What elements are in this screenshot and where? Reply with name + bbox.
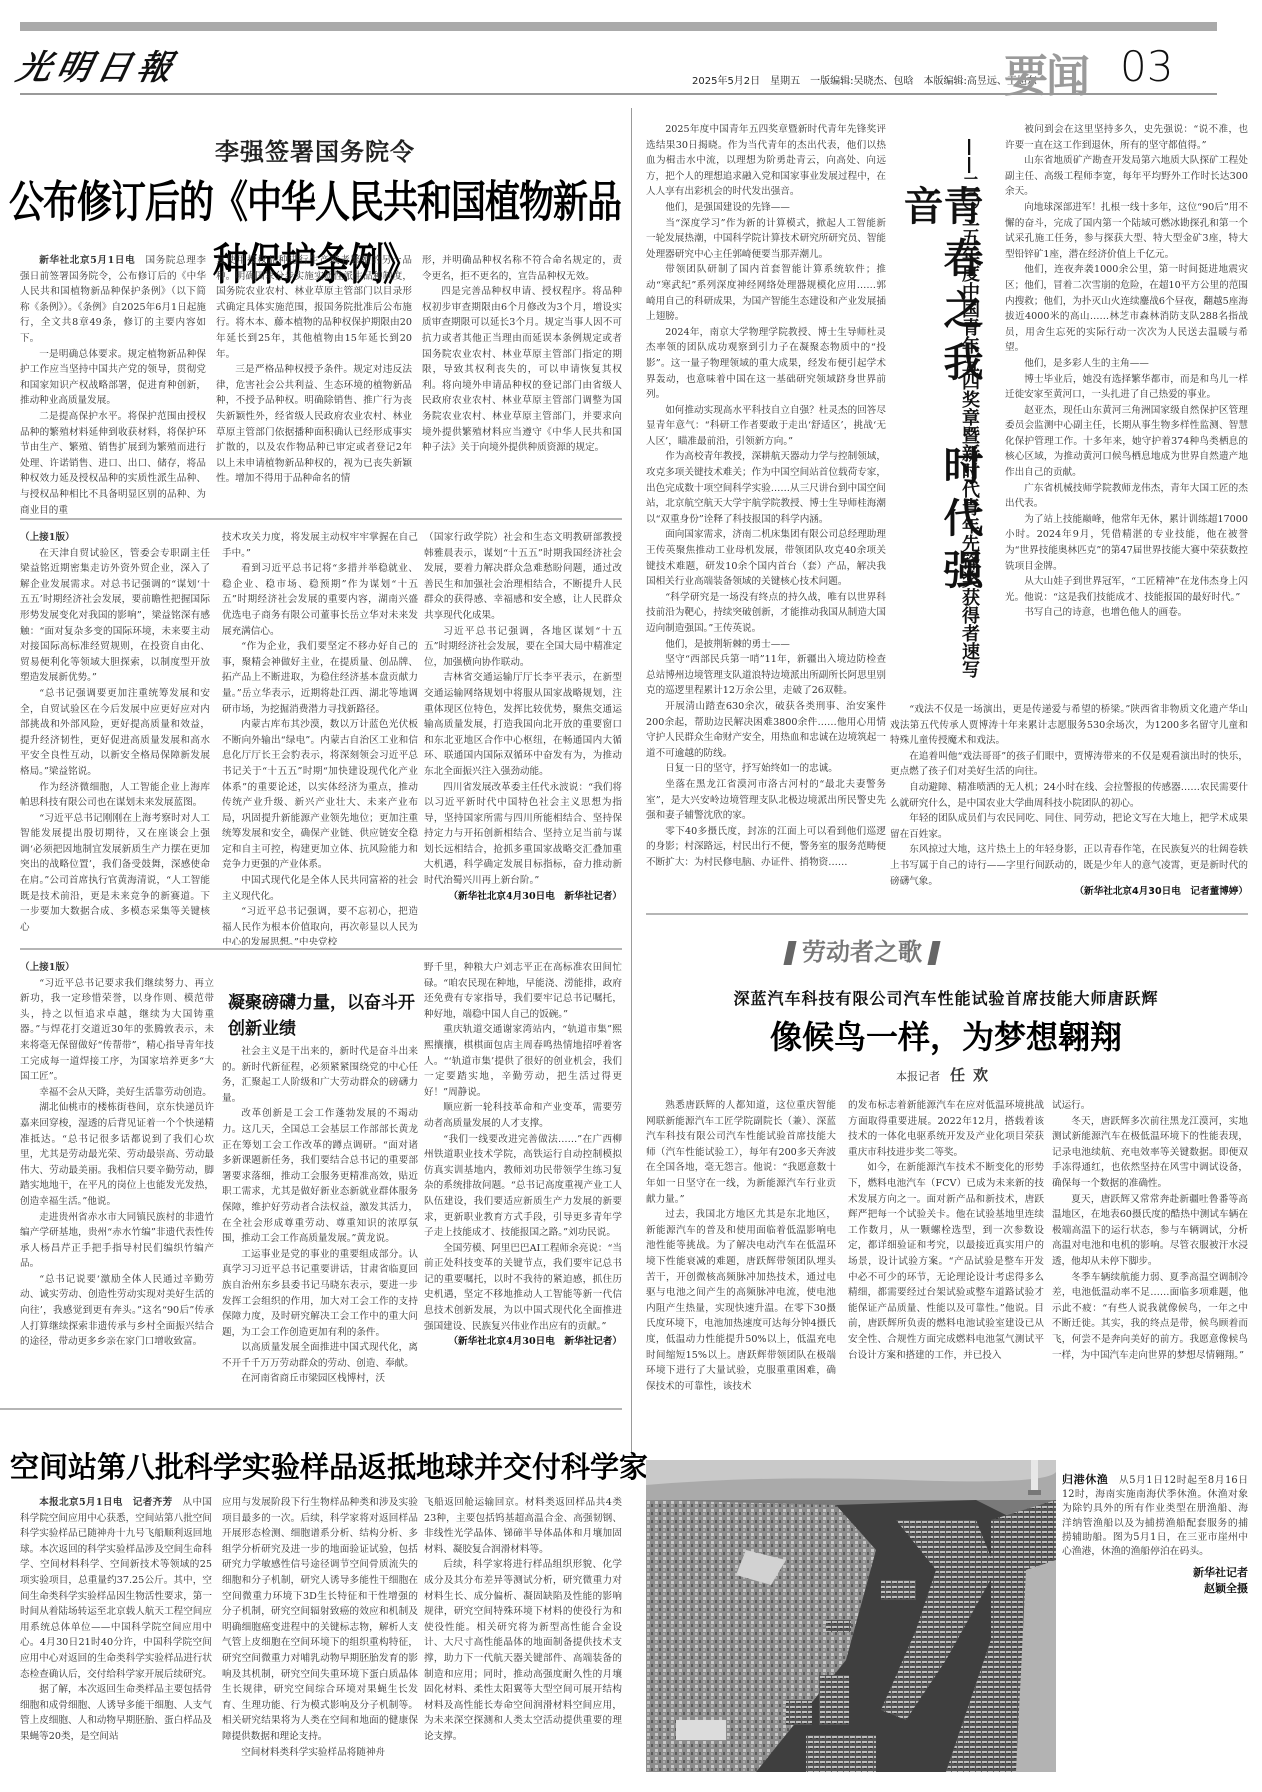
article3-paragraph: 自动避障、精准喷洒的无人机；24小时在线、会拉警报的传感器……农民需要什么就研究… (890, 780, 1248, 811)
article3-paragraph: 如何推动实现高水平科技自立自强？杜灵杰的回答尽显青年意气：“科研工作者要敢于走出… (646, 403, 886, 450)
article2-paragraph: “习近平总书记强调，要不忘初心，把造福人民作为根本价值取向，再次彰显以人民为中心… (222, 904, 418, 945)
fishing-port-photo[interactable] (646, 1460, 1056, 1772)
masthead-rule (20, 93, 1217, 95)
article2-paragraph: 技术攻关力度，将发展主动权牢牢掌握在自己手中。” (222, 530, 418, 561)
article6-column-1: 本报北京5月1日电 记者齐芳 从中国科学院空间应用中心获悉，空间站第八批空间科学… (20, 1495, 212, 1785)
article1-column-3: 形，并明确品种权名称不符合命名规定的，责令更名，拒不更名的，宣告品种权无效。 四… (422, 253, 622, 523)
article-divider (646, 913, 1248, 915)
article2-signoff: （新华社北京4月30日电 新华社记者） (424, 889, 622, 905)
article4-column-3: 野千里，种粮大户刘志平正在高标准农田间忙碌。“咱农民现在种地，早能浇、涝能排，政… (424, 960, 622, 1430)
photo-caption: 归港休渔 从5月1日12时起至8月16日12时，海南实施南海伏季休渔。休渔对象为… (1062, 1473, 1248, 1597)
article1-column-2: 复使用授权品种进行生产或者繁殖的另一品种。明确国家分步实施实质性派生品种制度，国… (216, 253, 412, 523)
article6-paragraph: 空间材料类科学实验样品将随神舟 (222, 1745, 418, 1761)
article3-paragraph: 书写自己的诗意，也增色他人的画卷。 (1005, 605, 1248, 621)
caption-title: 归港休渔 (1062, 1473, 1108, 1486)
article5-paragraph: 冬天，唐跃辉多次前往黑龙江漠河，实地测试新能源汽车在极低温环境下的性能表现，记录… (1052, 1114, 1248, 1192)
article5-paragraph: 熟悉唐跃辉的人都知道，这位重庆智能网联新能源汽车工匠学院副院长（兼）、深蓝汽车科… (646, 1098, 836, 1207)
article2-column-2: 技术攻关力度，将发展主动权牢牢掌握在自己手中。” 看到习近平总书记将“多措并举稳… (222, 530, 418, 945)
article4-column-1: （上接1版） “习近平总书记要求我们继续努力、再立新功，我一定珍惜荣誉，以身作则… (20, 960, 214, 1430)
article5-paragraph: 冬季车辆续航能力弱、夏季高温空调制冷差，电池低温动率不足……面临多项难题，他示此… (1052, 1270, 1248, 1364)
dateline: 2025年5月2日 星期五 一版编辑:吴晓杰、包晗 本版编辑:高昱远、王旭东 (692, 72, 1037, 87)
newspaper-logo: 光明日報 (13, 40, 183, 89)
article3-paragraph: 坐落在黑龙江省漠河市洛古河村的“最北夫妻警务室”，是大兴安岭边境管理支队北极边境… (646, 777, 886, 824)
photo-credit-name: 赵颖全摄 (1062, 1581, 1248, 1597)
caption-text: 从5月1日12时起至8月16日12时，海南实施南海伏季休渔。休渔对象为除钓具外的… (1062, 1475, 1248, 1557)
article2-paragraph: 吉林省交通运输厅厅长李平表示，在新型交通运输网络规划中将服从国家战略规划，注重体… (424, 670, 622, 779)
article2-paragraph: “习近平总书记刚刚在上海考察时对人工智能发展提出殷切期待，又在座谈会上强调‘必须… (20, 811, 210, 936)
article1-paragraph: 一是明确总体要求。规定植物新品种保护工作应当坚持中国共产党的领导，贯彻党和国家知… (20, 347, 206, 409)
article3-column-1: 2025年度中国青年五四奖章暨新时代青年先锋奖评选结果30日揭晓。作为当代青年的… (646, 122, 886, 878)
article5-paragraph: 夏天，唐跃辉又常常奔赴新疆吐鲁番等高温地区，在地表60摄氏度的酷热中测试车辆在极… (1052, 1192, 1248, 1270)
article6-paragraph: 应用与发展阶段下行生物样品种类和涉及实验项目最多的一次。后续，科学家将对返回样品… (222, 1495, 418, 1745)
article2-paragraph: 在天津自贸试验区，管委会专职副主任梁益铭近期密集走访外资外贸企业，深入了解企业发… (20, 546, 210, 686)
article3-paragraph: 赵亚杰，现任山东黄河三角洲国家级自然保护区管理委员会监测中心副主任，长期从事生物… (1005, 403, 1248, 481)
article3-paragraph: 博士毕业后，她没有选择繁华都市，而是和鸟儿一样迁徙安家至黄河口，一头扎进了自己热… (1005, 372, 1248, 403)
article4-paragraph: 野千里，种粮大户刘志平正在高标准农田间忙碌。“咱农民现在种地，早能浇、涝能排，政… (424, 960, 622, 1022)
article1-paragraph: 四是完善品种权申请、授权程序。将品种权初步审查期限由6个月修改为3个月，增设实质… (422, 284, 622, 456)
article3-column-2: 被问到会在这里坚持多久，史先强说：“说不准，也许要一直在这工作到退休，所有的坚守… (1005, 122, 1248, 702)
article4-paragraph: “习近平总书记要求我们继续努力、再立新功，我一定珍惜荣誉，以身作则、模范带头，持… (20, 976, 214, 1085)
article4-paragraph: 以高质量发展全面推进中国式现代化，离不开千千万万劳动群众的劳动、创造、奉献。 (222, 1340, 418, 1371)
continued-from-page1: （上接1版） (20, 530, 210, 546)
article6-text: 从中国科学院空间应用中心获悉，空间站第八批空间科学实验样品已随神舟十九号飞船顺利… (20, 1497, 212, 1680)
article3-paragraph: “科学研究是一场没有终点的持久战，唯有以世界科技前沿为靶心，持续突破创新，才能推… (646, 590, 886, 637)
article2-paragraph: “作为企业，我们要坚定不移办好自己的事，聚精会神做好主业，在提质量、创品牌、拓产… (222, 639, 418, 717)
article3-paragraph: 零下40多摄氏度，封冻的江面上可以看到他们巡逻的身影；村深路远，村民出行不便，警… (646, 824, 886, 871)
article6-column-2: 应用与发展阶段下行生物样品种类和涉及实验项目最多的一次。后续，科学家将对返回样品… (222, 1495, 418, 1785)
article2-paragraph: 看到习近平总书记将“多措并举稳就业、稳企业、稳市场、稳预期”作为谋划“十五五”时… (222, 561, 418, 639)
article1-kicker: 李强签署国务院令 (0, 132, 630, 167)
article4-paragraph: 顺应新一轮科技革命和产业变革，需要劳动者高质量发展的人才支撑。 (424, 1100, 622, 1131)
article6-paragraph: 飞船返回舱运输回京。材料类返回样品共4类23种，主要包括钨基超高温合金、高强韧钢… (424, 1495, 622, 1557)
article3-paragraph: 日复一日的坚守，抒写始终如一的忠诚。 (646, 761, 886, 777)
article4-paragraph: “总书记说要‘激励全体人民通过辛勤劳动、诚实劳动、创造性劳动实现对美好生活的向往… (20, 1272, 214, 1350)
photo-credit: 新华社记者 (1062, 1565, 1248, 1581)
article4-paragraph: 全国劳模、阿里巴巴AI工程师余亮说：“当前正处科技变革的关键节点，我们要牢记总书… (424, 1241, 622, 1335)
article4-paragraph: 幸福不会从天降，美好生活靠劳动创造。 (20, 1085, 214, 1101)
slash-decoration (927, 941, 940, 965)
article3-paragraph: 向地球深部进军！扎根一线十多年，这位“90后”用不懈的奋斗，完成了国内第一个陆域… (1005, 200, 1248, 262)
article5-column-3: 试运行。 冬天，唐跃辉多次前往黑龙江漠河，实地测试新能源汽车在极低温环境下的性能… (1052, 1098, 1248, 1443)
article3-section-lead: 他们，是多彩人生的主角—— (1005, 356, 1248, 372)
article5-column-1: 熟悉唐跃辉的人都知道，这位重庆智能网联新能源汽车工匠学院副院长（兼）、深蓝汽车科… (646, 1098, 836, 1443)
center-column-divider (631, 108, 632, 1458)
article5-kicker: 深蓝汽车科技有限公司汽车性能试验首席技能大师唐跃辉 (630, 986, 1262, 1009)
article4-paragraph: 改革创新是工会工作蓬勃发展的不竭动力。这几天，全国总工会基层工作部部长黄龙正在筹… (222, 1106, 418, 1246)
aerial-harbor-image (646, 1460, 1056, 1772)
article2-paragraph: 内蒙古库布其沙漠，数以万计蓝色光伏板不断向外输出“绿电”。内蒙古自治区工业和信息… (222, 717, 418, 873)
article1-paragraph: 复使用授权品种进行生产或者繁殖的另一品种。明确国家分步实施实质性派生品种制度，国… (216, 253, 412, 362)
page-number: 03 (1120, 42, 1173, 91)
article5-paragraph: 如今，在新能源汽车技术不断变化的形势下，燃料电池汽车（FCV）已成为未来新的技术… (848, 1160, 1044, 1363)
article2-paragraph: 四川省发展改革委主任代永波说：“我们将以习近平新时代中国特色社会主义思想为指导，… (424, 780, 622, 889)
article3-paragraph: 当“深度学习”作为新的计算模式，掀起人工智能新一轮发展热潮，中国科学院计算技术研… (646, 216, 886, 263)
slash-decoration (783, 941, 796, 965)
article2-column-1: （上接1版） 在天津自贸试验区，管委会专职副主任梁益铭近期密集走访外资外贸企业，… (20, 530, 210, 945)
column-tag-label: 劳动者之歌 (802, 938, 922, 966)
article3-paragraph: 为了站上技能巅峰，他常年无休，累计训练超17000小时。2024年9月，凭借精湛… (1005, 512, 1248, 574)
article4-paragraph: 社会主义是干出来的，新时代是奋斗出来的。新时代新征程，必须紧紧围绕党的中心任务，… (222, 1044, 418, 1106)
column-tag: 劳动者之歌 (778, 932, 946, 967)
article5-paragraph: 过去，我国北方地区尤其是东北地区，新能源汽车的普及和使用面临着低温影响电池性能等… (646, 1207, 836, 1394)
article3-paragraph: “戏法不仅是一场演出，更是传递爱与希望的桥梁。”陕西省非物质文化遗产华山戏法第五… (890, 702, 1248, 749)
article5-headline[interactable]: 像候鸟一样，为梦想翱翔 (630, 1012, 1262, 1058)
article2-paragraph: 作为经济微细胞，人工智能企业上海库帕思科技有限公司也在谋划未来发展蓝图。 (20, 780, 210, 811)
masthead-top-bar (20, 22, 1217, 31)
article4-paragraph: “我们一线要改进完善做法……”在广西柳州铁道职业技术学院，高铁运行自动控制模拟仿… (424, 1132, 622, 1241)
article1-paragraph: 形，并明确品种权名称不符合命名规定的，责令更名，拒不更名的，宣告品种权无效。 (422, 253, 622, 284)
article6-dateline: 本报北京5月1日电 记者齐芳 (39, 1497, 172, 1508)
article1-text: 国务院总理李强日前签署国务院令，公布修订后的《中华人民共和国植物新品种保护条例》… (20, 255, 206, 344)
article1-column-1: 新华社北京5月1日电 国务院总理李强日前签署国务院令，公布修订后的《中华人民共和… (20, 253, 206, 523)
article4-paragraph: 湖北仙桃市的楼栋街巷间，京东快递员许嘉来回穿梭，湿透的后背见证着一个个快递精准抵… (20, 1100, 214, 1209)
article3-paragraph: 广东省机械技师学院教师龙伟杰，青年大国工匠的杰出代表。 (1005, 481, 1248, 512)
article1-paragraph: 二是提高保护水平。将保护范围由授权品种的繁殖材料延伸到收获材料，将保护环节由生产… (20, 409, 206, 518)
article6-paragraph: 后续，科学家将进行样品组织形貌、化学成分及其分布差异等测试分析，研究微重力对材料… (424, 1557, 622, 1744)
article3-paragraph: 在追着叫他“戏法哥哥”的孩子们眼中，贾博涛带来的不仅是观看演出时的快乐，更点燃了… (890, 749, 1248, 780)
article4-paragraph: 重庆轨道交通谢家湾站内，“轨道市集”熙熙攘攘，棋棋面包店主周春鸣热情地招呼着客人… (424, 1022, 622, 1100)
article3-paragraph: 山东省地质矿产勘查开发局第六地质大队探矿工程处副主任、高级工程师李宽，每年平均野… (1005, 153, 1248, 200)
article3-column-3: “戏法不仅是一场演出，更是传递爱与希望的桥梁。”陕西省非物质文化遗产华山戏法第五… (890, 702, 1248, 892)
article2-paragraph: 习近平总书记强调，各地区谋划“十五五”时期经济社会发展，要在全国大局中精准定位，… (424, 624, 622, 671)
article1-dateline: 新华社北京5月1日电 (39, 255, 135, 266)
article3-paragraph: 从大山娃子到世界冠军，“工匠精神”在龙伟杰身上闪光。他说：“这是我们技能成才、技… (1005, 574, 1248, 605)
article3-paragraph: 作为高校青年教授，深耕航天器动力学与控制领域，攻克多项关键技术难关；作为中国空间… (646, 449, 886, 527)
article5-paragraph: 试运行。 (1052, 1098, 1248, 1114)
article3-paragraph: 面向国家需求，济南二机床集团有限公司总经理助理王传英聚焦推动工业母机发展，带领团… (646, 527, 886, 589)
byline-label: 本报记者 (896, 1070, 940, 1083)
article-divider (0, 1408, 622, 1410)
article2-column-3: （国家行政学院）社会和生态文明教研部教授韩雅晨表示，谋划“十五五”时期我国经济社… (424, 530, 622, 945)
article3-paragraph: 被问到会在这里坚持多久，史先强说：“说不准，也许要一直在这工作到退休，所有的坚守… (1005, 122, 1248, 153)
article4-paragraph: 在河南省商丘市梁园区栈博村，沃 (222, 1371, 418, 1387)
article4-signoff: （新华社北京4月30日电 新华社记者） (424, 1334, 622, 1350)
article3-paragraph: 2024年，南京大学物理学院教授、博士生导师杜灵杰率领的团队成功观察到引力子在凝… (646, 325, 886, 403)
article3-paragraph: 东风掠过大地，这片热土上的年轻身影，正以青春作笔，在民族复兴的壮阔卷轶上书写属于… (890, 842, 1248, 889)
article3-paragraph: 带领团队研制了国内首套智能计算系统软件；推动“寒武纪”系列深度神经网络处理器规模… (646, 262, 886, 324)
article-divider (20, 518, 622, 520)
byline-name: 任欢 (950, 1066, 996, 1084)
article4-column-2: 社会主义是干出来的，新时代是奋斗出来的。新时代新征程，必须紧紧围绕党的中心任务，… (222, 1044, 418, 1430)
article4-paragraph: 工运事业是党的事业的重要组成部分。认真学习习近平总书记重要讲话，甘肃省临夏回族自… (222, 1247, 418, 1341)
article5-column-2: 的发布标志着新能源汽车在应对低温环境挑战方面取得重要进展。2022年12月，搭载… (848, 1098, 1044, 1443)
article2-paragraph: （国家行政学院）社会和生态文明教研部教授韩雅晨表示，谋划“十五五”时期我国经济社… (424, 530, 622, 624)
article3-paragraph: 年轻的团队成员们与农民同吃、同住、同劳动，把论文写在大地上，把学术成果留在百姓家… (890, 811, 1248, 842)
article3-signoff: （新华社北京4月30日电 记者董博婷） (1000, 884, 1248, 900)
article3-paragraph: 开展清山踏查630余次，破获各类刑事、治安案件200余起，帮助边民解决困难380… (646, 699, 886, 761)
article3-paragraph: 坚守“西部民兵第一哨”11年，新疆出入境边防检查总站博州边境管理支队道浪特边境派… (646, 652, 886, 699)
article2-paragraph: “总书记强调要更加注重统筹发展和安全，自贸试验区在今后发展中应更好应对内部挑战和… (20, 686, 210, 780)
article3-paragraph: 他们，连夜奔袭1000余公里，第一时间挺进地震灾区；他们，冒着二次雪崩的危险，在… (1005, 262, 1248, 356)
article6-headline[interactable]: 空间站第八批科学实验样品返抵地球并交付科学家 (10, 1445, 630, 1486)
article4-subheadline[interactable]: 凝聚磅礴力量，以奋斗开创新业绩 (228, 990, 418, 1042)
article4-paragraph: 走进贵州省赤水市大同镇民族村的非遗竹编产学研基地，贵州“赤水竹编”非遗代表性传承… (20, 1210, 214, 1272)
article2-paragraph: 中国式现代化是全体人民共同富裕的社会主义现代化。 (222, 873, 418, 904)
article-divider (20, 948, 622, 950)
article5-paragraph: 的发布标志着新能源汽车在应对低温环境挑战方面取得重要进展。2022年12月，搭载… (848, 1098, 1044, 1160)
article3-section-lead: 他们，是强国建设的先锋—— (646, 200, 886, 216)
article6-column-3: 飞船返回舱运输回京。材料类返回样品共4类23种，主要包括钨基超高温合金、高强韧钢… (424, 1495, 622, 1785)
article6-paragraph: 据了解，本次返回生命类样品主要包括骨细胞和成骨细胞、人诱导多能干细胞、人支气管上… (20, 1682, 212, 1744)
article1-paragraph: 三是严格品种权授予条件。规定对违反法律，危害社会公共利益、生态环境的植物新品种，… (216, 362, 412, 487)
article3-section-lead: 他们，是披荆斩棘的勇士—— (646, 637, 886, 653)
article5-byline: 本报记者任欢 (630, 1064, 1262, 1085)
continued-from-page1: （上接1版） (20, 960, 214, 976)
article3-paragraph: 2025年度中国青年五四奖章暨新时代青年先锋奖评选结果30日揭晓。作为当代青年的… (646, 122, 886, 200)
